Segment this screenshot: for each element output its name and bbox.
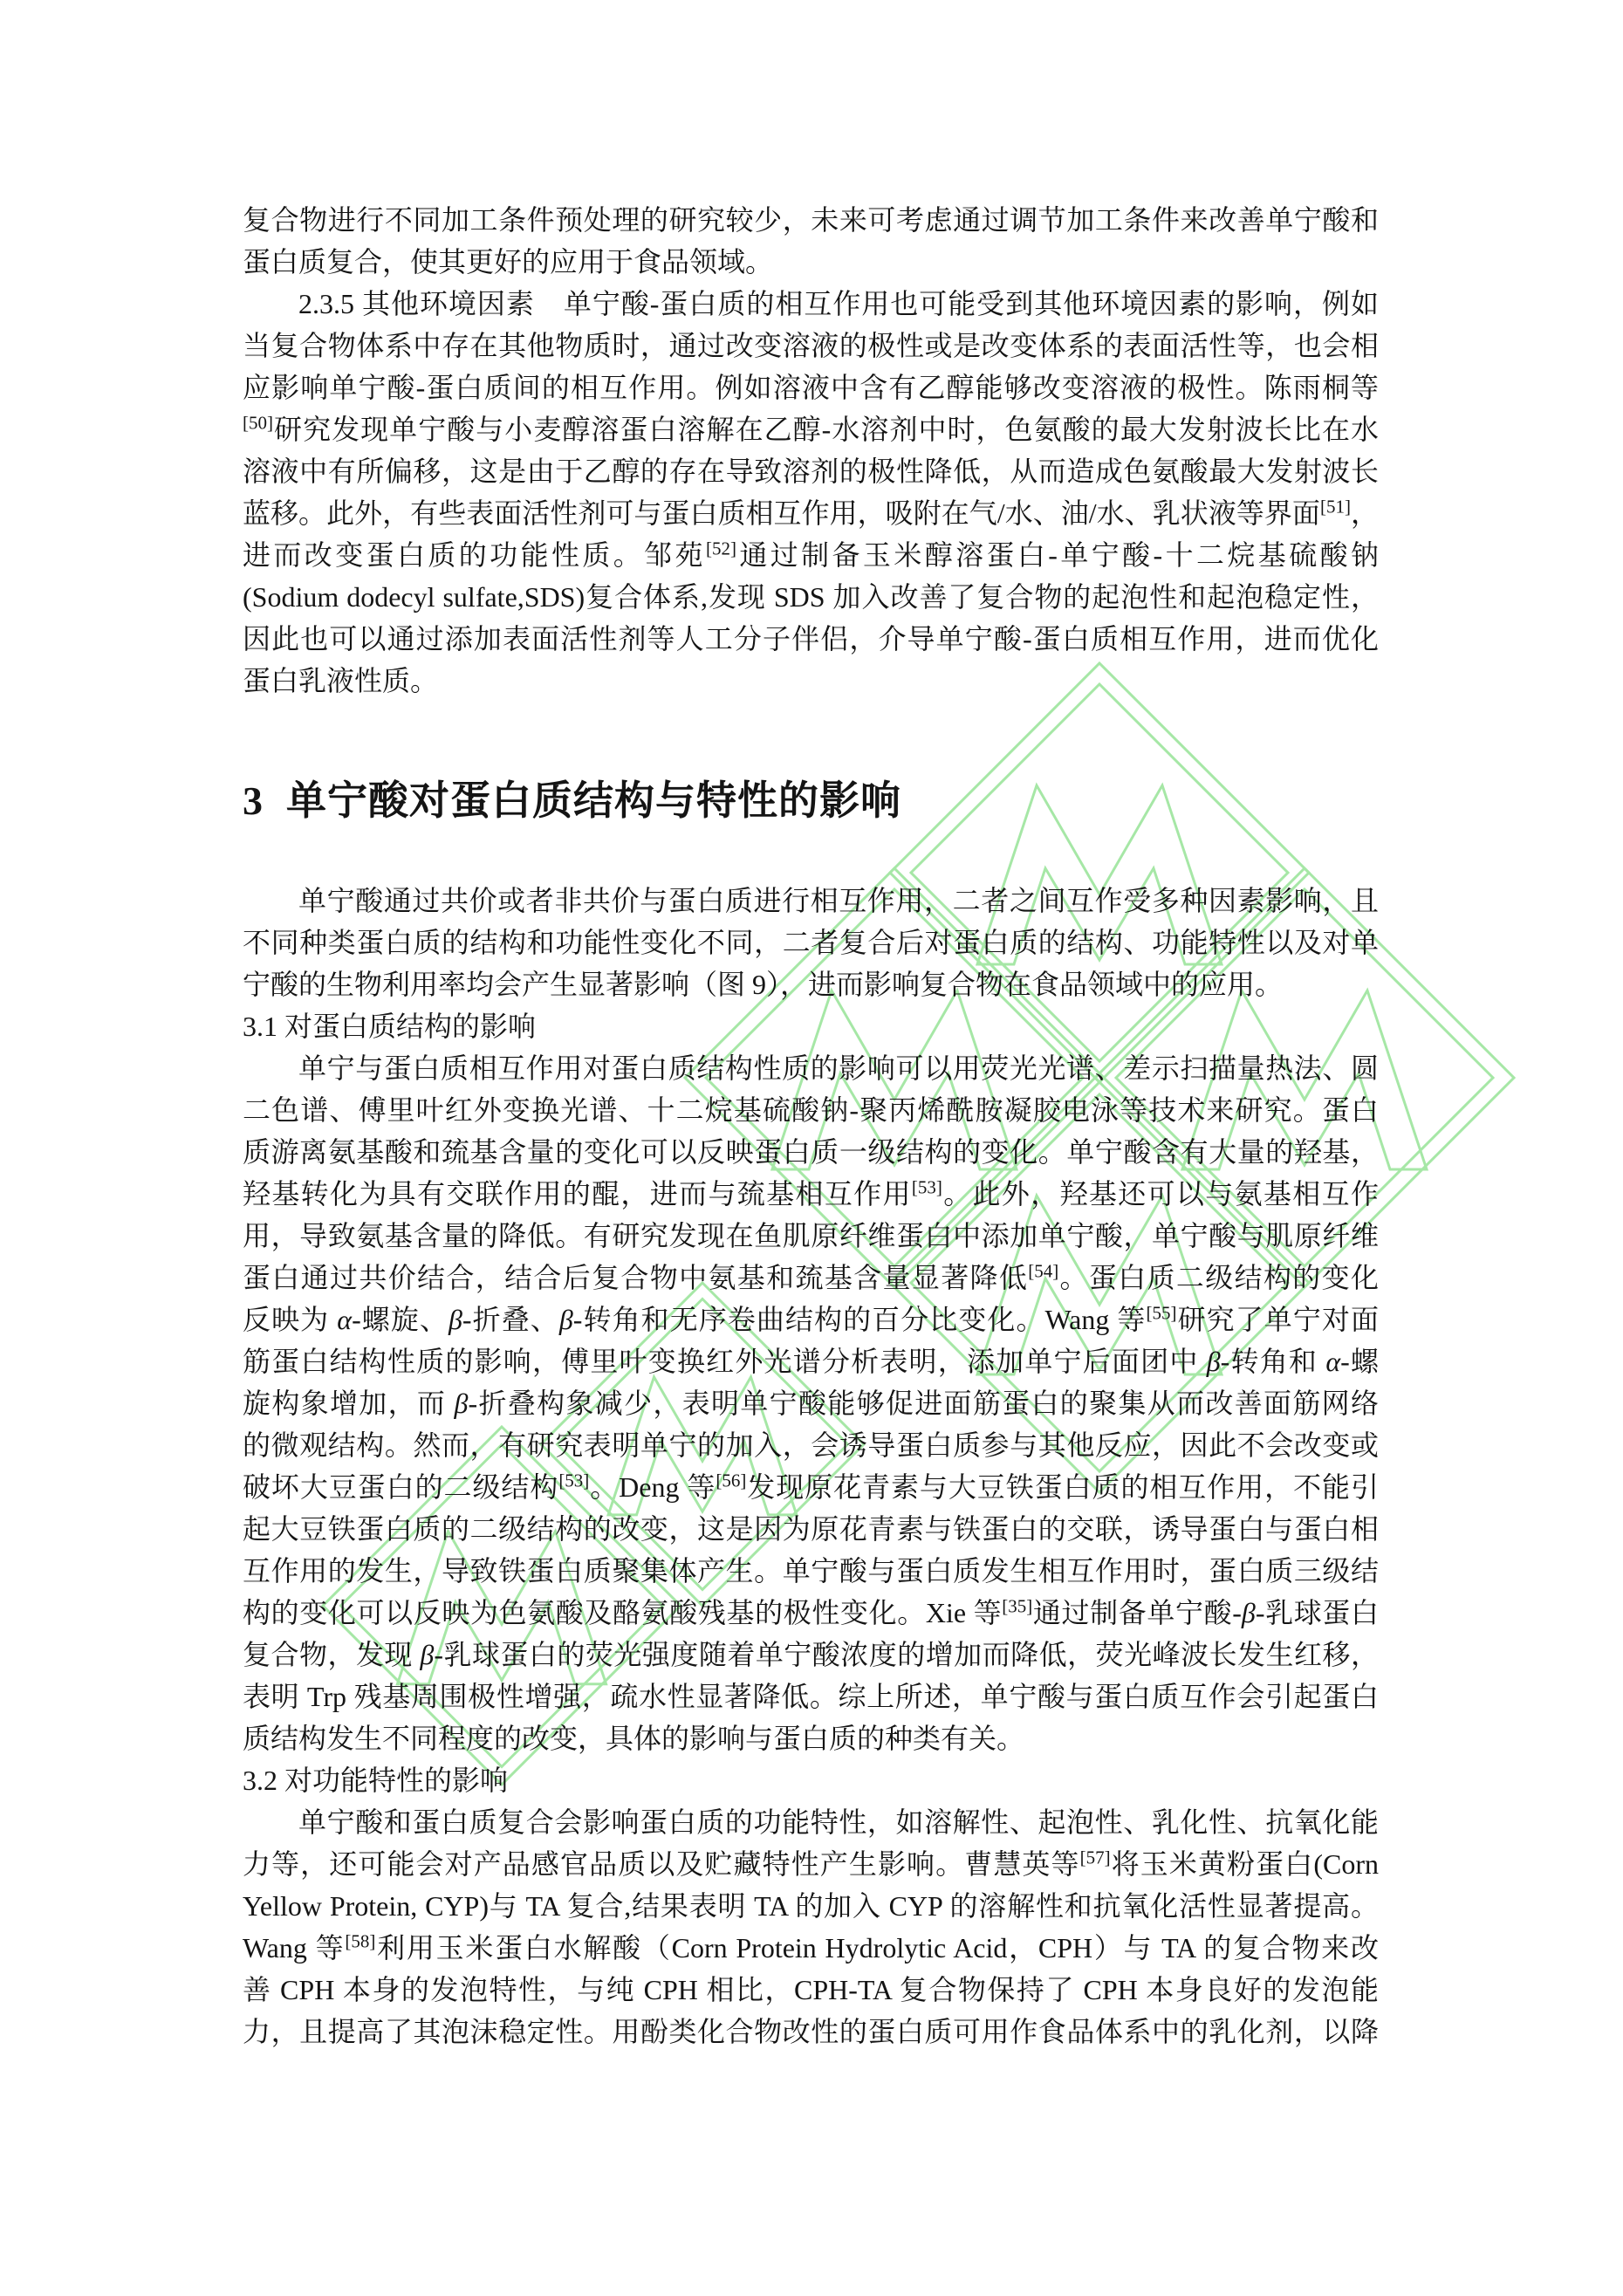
- text-segment: 表明 Trp 残基周围极性增强，疏水性显著降低。综上所述，单宁酸与蛋白质互作会引…: [243, 1681, 1379, 1712]
- text-line: 二色谱、傅里叶红外变换光谱、十二烷基硫酸钠-聚丙烯酰胺凝胶电泳等技术来研究。蛋白: [243, 1089, 1379, 1131]
- text-line: Wang 等[58]利用玉米蛋白水解酸（Corn Protein Hydroly…: [243, 1927, 1379, 1969]
- text-line: 善 CPH 本身的发泡特性，与纯 CPH 相比，CPH-TA 复合物保持了 CP…: [243, 1969, 1379, 2011]
- text-line: 筋蛋白结构性质的影响，傅里叶变换红外光谱分析表明，添加单宁后面团中 β-转角和 …: [243, 1340, 1379, 1382]
- text-segment: α: [337, 1304, 352, 1335]
- text-segment: β: [559, 1304, 573, 1335]
- text-segment: 通过制备单宁酸-: [1032, 1597, 1242, 1628]
- text-segment: 的微观结构。然而，有研究表明单宁的加入，会诱导蛋白质参与其他反应，因此不会改变或: [243, 1429, 1379, 1461]
- text-segment: 。蛋白质二级结构的变化: [1058, 1262, 1379, 1293]
- text-segment: 通过制备玉米醇溶蛋白-单宁酸-十二烷基硫酸钠: [736, 539, 1379, 571]
- text-segment: Yellow Protein, CYP)与 TA 复合,结果表明 TA 的加入 …: [243, 1890, 1379, 1922]
- text-segment: 蓝移。此外，有些表面活性剂可与蛋白质相互作用，吸附在气/水、油/水、乳状液等界面: [243, 497, 1320, 529]
- reference-superscript: [54]: [1028, 1260, 1058, 1281]
- text-segment: β: [455, 1388, 469, 1419]
- text-segment: 旋构象增加，而: [243, 1388, 455, 1419]
- text-line: 羟基转化为具有交联作用的醌，进而与巯基相互作用[53]。此外，羟基还可以与氨基相…: [243, 1173, 1379, 1215]
- text-segment: 蛋白乳液性质。: [243, 665, 438, 696]
- text-line: [50]研究发现单宁酸与小麦醇溶蛋白溶解在乙醇-水溶剂中时，色氨酸的最大发射波长…: [243, 408, 1379, 450]
- text-line: 表明 Trp 残基周围极性增强，疏水性显著降低。综上所述，单宁酸与蛋白质互作会引…: [243, 1676, 1379, 1717]
- text-segment: 质结构发生不同程度的改变，具体的影响与蛋白质的种类有关。: [243, 1723, 1024, 1754]
- text-segment: β: [1242, 1597, 1256, 1628]
- text-line: 互作用的发生，导致铁蛋白质聚集体产生。单宁酸与蛋白质发生相互作用时，蛋白质三级结: [243, 1550, 1379, 1592]
- text-segment: α: [1325, 1346, 1340, 1377]
- text-segment: 破坏大豆蛋白的二级结构: [243, 1471, 558, 1503]
- text-line: 旋构象增加，而 β-折叠构象减少，表明单宁酸能够促进面筋蛋白的聚集从而改善面筋网…: [243, 1382, 1379, 1424]
- text-line: 单宁酸通过共价或者非共价与蛋白质进行相互作用，二者之间互作受多种因素影响，且: [243, 880, 1379, 922]
- text-line: 复合物，发现 β-乳球蛋白的荧光强度随着单宁酸浓度的增加而降低，荧光峰波长发生红…: [243, 1634, 1379, 1676]
- text-segment: 用，导致氨基含量的降低。有研究发现在鱼肌原纤维蛋白中添加单宁酸，单宁酸与肌原纤维: [243, 1220, 1379, 1251]
- text-segment: β: [420, 1639, 434, 1670]
- text-line: 应影响单宁酸-蛋白质间的相互作用。例如溶液中含有乙醇能够改变溶液的极性。陈雨桐等: [243, 367, 1379, 408]
- text-segment: -转角和无序卷曲结构的百分比变化。Wang 等: [573, 1304, 1147, 1335]
- text-line: 进而改变蛋白质的功能性质。邹苑[52]通过制备玉米醇溶蛋白-单宁酸-十二烷基硫酸…: [243, 534, 1379, 576]
- text-segment: 反映为: [243, 1304, 337, 1335]
- text-segment: 当复合物体系中存在其他物质时，通过改变溶液的极性或是改变体系的表面活性等，也会相: [243, 330, 1379, 361]
- text-segment: 单宁酸和蛋白质复合会影响蛋白质的功能特性，如溶解性、起泡性、乳化性、抗氧化能: [298, 1806, 1379, 1838]
- text-segment: 研究发现单宁酸与小麦醇溶蛋白溶解在乙醇-水溶剂中时，色氨酸的最大发射波长比在水: [273, 414, 1379, 445]
- text-segment: Wang 等: [243, 1932, 345, 1964]
- reference-superscript: [57]: [1080, 1847, 1111, 1868]
- text-segment: 将玉米黄粉蛋白(Corn: [1111, 1848, 1379, 1880]
- text-segment: 构的变化可以反映为色氨酸及酪氨酸残基的极性变化。Xie 等: [243, 1597, 1002, 1628]
- text-line: 起大豆铁蛋白质的二级结构的改变，这是因为原花青素与铁蛋白的交联，诱导蛋白与蛋白相: [243, 1508, 1379, 1550]
- text-line: (Sodium dodecyl sulfate,SDS)复合体系,发现 SDS …: [243, 576, 1379, 618]
- text-segment: 蛋白质复合，使其更好的应用于食品领域。: [243, 246, 773, 278]
- text-segment: 蛋白通过共价结合，结合后复合物中氨基和巯基含量显著降低: [243, 1262, 1028, 1293]
- text-segment: 进而改变蛋白质的功能性质。邹苑: [243, 539, 706, 571]
- text-segment: -折叠构象减少，表明单宁酸能够促进面筋蛋白的聚集从而改善面筋网络: [468, 1388, 1379, 1419]
- text-segment: 发现原花青素与大豆铁蛋白质的相互作用，不能引: [746, 1471, 1379, 1503]
- reference-superscript: [35]: [1002, 1595, 1032, 1616]
- text-segment: -乳球蛋白: [1256, 1597, 1379, 1628]
- text-line: 蛋白乳液性质。: [243, 660, 1379, 702]
- text-line: 的微观结构。然而，有研究表明单宁的加入，会诱导蛋白质参与其他反应，因此不会改变或: [243, 1424, 1379, 1466]
- reference-superscript: [55]: [1147, 1302, 1177, 1323]
- text-line: 蓝移。此外，有些表面活性剂可与蛋白质相互作用，吸附在气/水、油/水、乳状液等界面…: [243, 492, 1379, 534]
- document-body: 复合物进行不同加工条件预处理的研究较少，未来可考虑通过调节加工条件来改善单宁酸和…: [243, 199, 1379, 2053]
- text-segment: 善 CPH 本身的发泡特性，与纯 CPH 相比，CPH-TA 复合物保持了 CP…: [243, 1974, 1379, 2005]
- text-segment: β: [1207, 1346, 1221, 1377]
- text-segment: 不同种类蛋白质的结构和功能性变化不同，二者复合后对蛋白质的结构、功能特性以及对单: [243, 927, 1379, 958]
- text-line: 构的变化可以反映为色氨酸及酪氨酸残基的极性变化。Xie 等[35]通过制备单宁酸…: [243, 1592, 1379, 1634]
- text-segment: 起大豆铁蛋白质的二级结构的改变，这是因为原花青素与铁蛋白的交联，诱导蛋白与蛋白相: [243, 1513, 1379, 1545]
- text-line: 宁酸的生物利用率均会产生显著影响（图 9），进而影响复合物在食品领域中的应用。: [243, 963, 1379, 1005]
- text-line: 因此也可以通过添加表面活性剂等人工分子伴侣，介导单宁酸-蛋白质相互作用，进而优化: [243, 618, 1379, 660]
- text-segment: 宁酸的生物利用率均会产生显著影响（图 9），进而影响复合物在食品领域中的应用。: [243, 969, 1283, 1000]
- text-segment: 复合物，发现: [243, 1639, 420, 1670]
- text-line: Yellow Protein, CYP)与 TA 复合,结果表明 TA 的加入 …: [243, 1885, 1379, 1927]
- text-segment: -转角和: [1221, 1346, 1326, 1377]
- text-segment: ，: [1351, 497, 1379, 529]
- text-line: 蛋白质复合，使其更好的应用于食品领域。: [243, 241, 1379, 283]
- text-line: 复合物进行不同加工条件预处理的研究较少，未来可考虑通过调节加工条件来改善单宁酸和: [243, 199, 1379, 241]
- text-line: 蛋白通过共价结合，结合后复合物中氨基和巯基含量显著降低[54]。蛋白质二级结构的…: [243, 1257, 1379, 1299]
- text-segment: 互作用的发生，导致铁蛋白质聚集体产生。单宁酸与蛋白质发生相互作用时，蛋白质三级结: [243, 1555, 1379, 1587]
- text-line: 单宁与蛋白质相互作用对蛋白质结构性质的影响可以用荧光光谱、差示扫描量热法、圆: [243, 1047, 1379, 1089]
- text-segment: (Sodium dodecyl sulfate,SDS)复合体系,发现 SDS …: [243, 581, 1379, 613]
- text-segment: 研究了单宁对面: [1177, 1304, 1379, 1335]
- text-line: 2.3.5 其他环境因素 单宁酸-蛋白质的相互作用也可能受到其他环境因素的影响，…: [243, 283, 1379, 325]
- subsection-heading: 3.2 对功能特性的影响: [243, 1759, 1379, 1801]
- text-segment: 利用玉米蛋白水解酸（Corn Protein Hydrolytic Acid，C…: [375, 1932, 1379, 1964]
- text-line: 力等，还可能会对产品感官品质以及贮藏特性产生影响。曹慧英等[57]将玉米黄粉蛋白…: [243, 1843, 1379, 1885]
- text-segment: 。此外，羟基还可以与氨基相互作: [942, 1178, 1379, 1210]
- text-segment: 复合物进行不同加工条件预处理的研究较少，未来可考虑通过调节加工条件来改善单宁酸和: [243, 204, 1379, 236]
- text-line: 破坏大豆蛋白的二级结构[53]。Deng 等[56]发现原花青素与大豆铁蛋白质的…: [243, 1466, 1379, 1508]
- text-line: 反映为 α-螺旋、β-折叠、β-转角和无序卷曲结构的百分比变化。Wang 等[5…: [243, 1299, 1379, 1340]
- reference-superscript: [50]: [243, 412, 273, 433]
- section-number: 3: [243, 778, 264, 823]
- text-segment: 羟基转化为具有交联作用的醌，进而与巯基相互作用: [243, 1178, 912, 1210]
- section-title: 单宁酸对蛋白质结构与特性的影响: [286, 778, 901, 823]
- text-segment: 二色谱、傅里叶红外变换光谱、十二烷基硫酸钠-聚丙烯酰胺凝胶电泳等技术来研究。蛋白: [243, 1094, 1379, 1126]
- text-line: 单宁酸和蛋白质复合会影响蛋白质的功能特性，如溶解性、起泡性、乳化性、抗氧化能: [243, 1801, 1379, 1843]
- text-segment: β: [449, 1304, 462, 1335]
- text-segment: 2.3.5 其他环境因素 单宁酸-蛋白质的相互作用也可能受到其他环境因素的影响，…: [298, 288, 1379, 319]
- subsection-heading: 3.1 对蛋白质结构的影响: [243, 1005, 1379, 1047]
- text-segment: -乳球蛋白的荧光强度随着单宁酸浓度的增加而降低，荧光峰波长发生红移，: [434, 1639, 1379, 1670]
- text-segment: 。Deng 等: [589, 1471, 716, 1503]
- text-line: 质游离氨基酸和巯基含量的变化可以反映蛋白质一级结构的变化。单宁酸含有大量的羟基，: [243, 1131, 1379, 1173]
- text-line: 质结构发生不同程度的改变，具体的影响与蛋白质的种类有关。: [243, 1717, 1379, 1759]
- text-segment: -螺: [1340, 1346, 1379, 1377]
- text-line: 当复合物体系中存在其他物质时，通过改变溶液的极性或是改变体系的表面活性等，也会相: [243, 325, 1379, 367]
- text-line: 力，且提高了其泡沫稳定性。用酚类化合物改性的蛋白质可用作食品体系中的乳化剂，以降: [243, 2011, 1379, 2053]
- text-line: 不同种类蛋白质的结构和功能性变化不同，二者复合后对蛋白质的结构、功能特性以及对单: [243, 922, 1379, 963]
- text-segment: 单宁酸通过共价或者非共价与蛋白质进行相互作用，二者之间互作受多种因素影响，且: [298, 885, 1379, 916]
- reference-superscript: [53]: [558, 1470, 589, 1491]
- text-segment: 因此也可以通过添加表面活性剂等人工分子伴侣，介导单宁酸-蛋白质相互作用，进而优化: [243, 623, 1379, 655]
- text-segment: 单宁与蛋白质相互作用对蛋白质结构性质的影响可以用荧光光谱、差示扫描量热法、圆: [298, 1052, 1379, 1084]
- reference-superscript: [58]: [345, 1930, 375, 1951]
- document-page: 复合物进行不同加工条件预处理的研究较少，未来可考虑通过调节加工条件来改善单宁酸和…: [0, 0, 1623, 2296]
- text-segment: 筋蛋白结构性质的影响，傅里叶变换红外光谱分析表明，添加单宁后面团中: [243, 1346, 1207, 1377]
- text-segment: 应影响单宁酸-蛋白质间的相互作用。例如溶液中含有乙醇能够改变溶液的极性。陈雨桐等: [243, 372, 1379, 403]
- text-segment: 质游离氨基酸和巯基含量的变化可以反映蛋白质一级结构的变化。单宁酸含有大量的羟基，: [243, 1136, 1379, 1168]
- reference-superscript: [53]: [912, 1176, 942, 1197]
- text-line: 用，导致氨基含量的降低。有研究发现在鱼肌原纤维蛋白中添加单宁酸，单宁酸与肌原纤维: [243, 1215, 1379, 1257]
- text-segment: -折叠、: [462, 1304, 559, 1335]
- reference-superscript: [52]: [706, 538, 736, 559]
- section-heading: 3单宁酸对蛋白质结构与特性的影响: [243, 775, 1379, 827]
- text-line: 溶液中有所偏移，这是由于乙醇的存在导致溶剂的极性降低，从而造成色氨酸最大发射波长: [243, 450, 1379, 492]
- reference-superscript: [51]: [1320, 496, 1351, 517]
- text-segment: 力，且提高了其泡沫稳定性。用酚类化合物改性的蛋白质可用作食品体系中的乳化剂，以降: [243, 2016, 1379, 2047]
- text-segment: 溶液中有所偏移，这是由于乙醇的存在导致溶剂的极性降低，从而造成色氨酸最大发射波长: [243, 456, 1379, 487]
- reference-superscript: [56]: [716, 1470, 746, 1491]
- text-segment: 力等，还可能会对产品感官品质以及贮藏特性产生影响。曹慧英等: [243, 1848, 1080, 1880]
- text-segment: -螺旋、: [352, 1304, 449, 1335]
